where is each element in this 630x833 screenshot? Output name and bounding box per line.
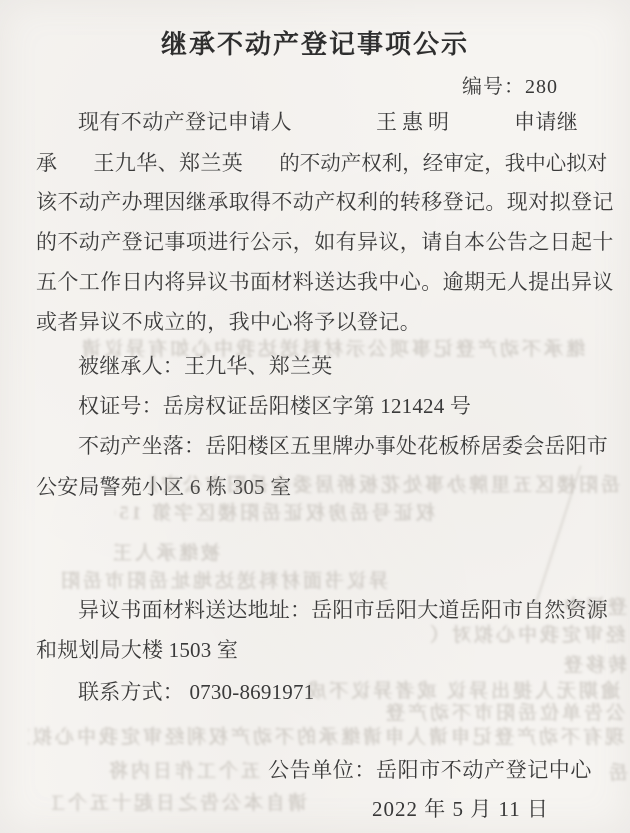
bleedthrough-text: 异议书面材料送达地址岳阳市岳阳 (28, 566, 388, 590)
field-objection-address-line1: 异议书面材料送达地址：岳阳市岳阳大道岳阳市自然资源 (78, 594, 608, 624)
bleedthrough-text: 权证号岳房权证岳阳楼区字第 1503 室 (115, 498, 435, 522)
field-decedents: 被继承人：王九华、郑兰英 (78, 350, 332, 380)
bleedthrough-text: 岳 (592, 758, 628, 782)
field-certificate-no: 权证号：岳房权证岳阳楼区字第 121424 号 (78, 390, 471, 420)
bleedthrough-text: 现有不动产登记申请人申请继承的不动产权利经审定我中心拟对该不动产办理因 (28, 722, 624, 746)
bleedthrough-text: 逾期无人提出异议 或者异议不成 (300, 676, 620, 700)
bleedthrough-text: 五个工作日内将 (70, 756, 260, 780)
bleedthrough-text: 请自本公告之日起十五个工作 (52, 788, 307, 812)
fill-in-gap (454, 124, 514, 125)
paragraph-line-1-prefix: 现有不动产登记申请人 (78, 106, 292, 136)
fill-in-gap (243, 165, 279, 166)
field-contact: 联系方式： 0730-8691971 (78, 676, 314, 706)
paragraph-line-1-suffix: 申请继 (514, 106, 578, 136)
bleedthrough-text: 转移登 (552, 650, 627, 674)
fill-in-gap (57, 165, 93, 166)
doc-number: 编号：280 (462, 70, 558, 99)
page-title: 继承不动产登记事项公示 (0, 24, 630, 61)
bleedthrough-text: 被继承人王 (80, 538, 220, 562)
paragraph-line-2-lead: 承 (36, 147, 57, 177)
notice-date: 2022 年 5 月 11 日 (372, 793, 549, 823)
field-objection-address-line2: 和规划局大楼 1503 室 (36, 634, 238, 664)
field-location-line2: 公安局警苑小区 6 栋 305 室 (36, 471, 291, 501)
scan-crease-artifact (533, 465, 582, 609)
paragraph-line-2: 承王九华、郑兰英的不动产权利，经审定，我中心拟对 (36, 146, 607, 177)
issuing-unit: 公告单位：岳阳市不动产登记中心 (268, 754, 592, 784)
paragraph-line-2-rest: 的不动产权利，经审定，我中心拟对 (279, 146, 607, 176)
applicant-name: 王惠明 (376, 106, 454, 136)
paragraph-line-6: 或者异议不成立的，我中心将予以登记。 (36, 306, 421, 336)
scanned-notice-document: 继承不动产登记事项公示 编号：280 现有不动产登记申请人王惠明申请继 承王九华… (0, 0, 630, 833)
paragraph-line-3: 该不动产办理因继承取得不动产权利的转移登记。现对拟登记 (36, 186, 614, 216)
bleedthrough-text: 公告单位岳阳市不动产登 (330, 698, 625, 722)
field-location-line1: 不动产坐落：岳阳楼区五里牌办事处花板桥居委会岳阳市 (78, 430, 608, 460)
paragraph-line-1: 现有不动产登记申请人王惠明申请继 (78, 106, 578, 136)
paragraph-line-5: 五个工作日内将异议书面材料送达我中心。逾期无人提出异议 (36, 266, 614, 296)
fill-in-gap (292, 124, 376, 125)
decedent-names-inline: 王九华、郑兰英 (93, 147, 243, 177)
paragraph-line-4: 的不动产登记事项进行公示，如有异议，请自本公告之日起十 (36, 226, 614, 256)
